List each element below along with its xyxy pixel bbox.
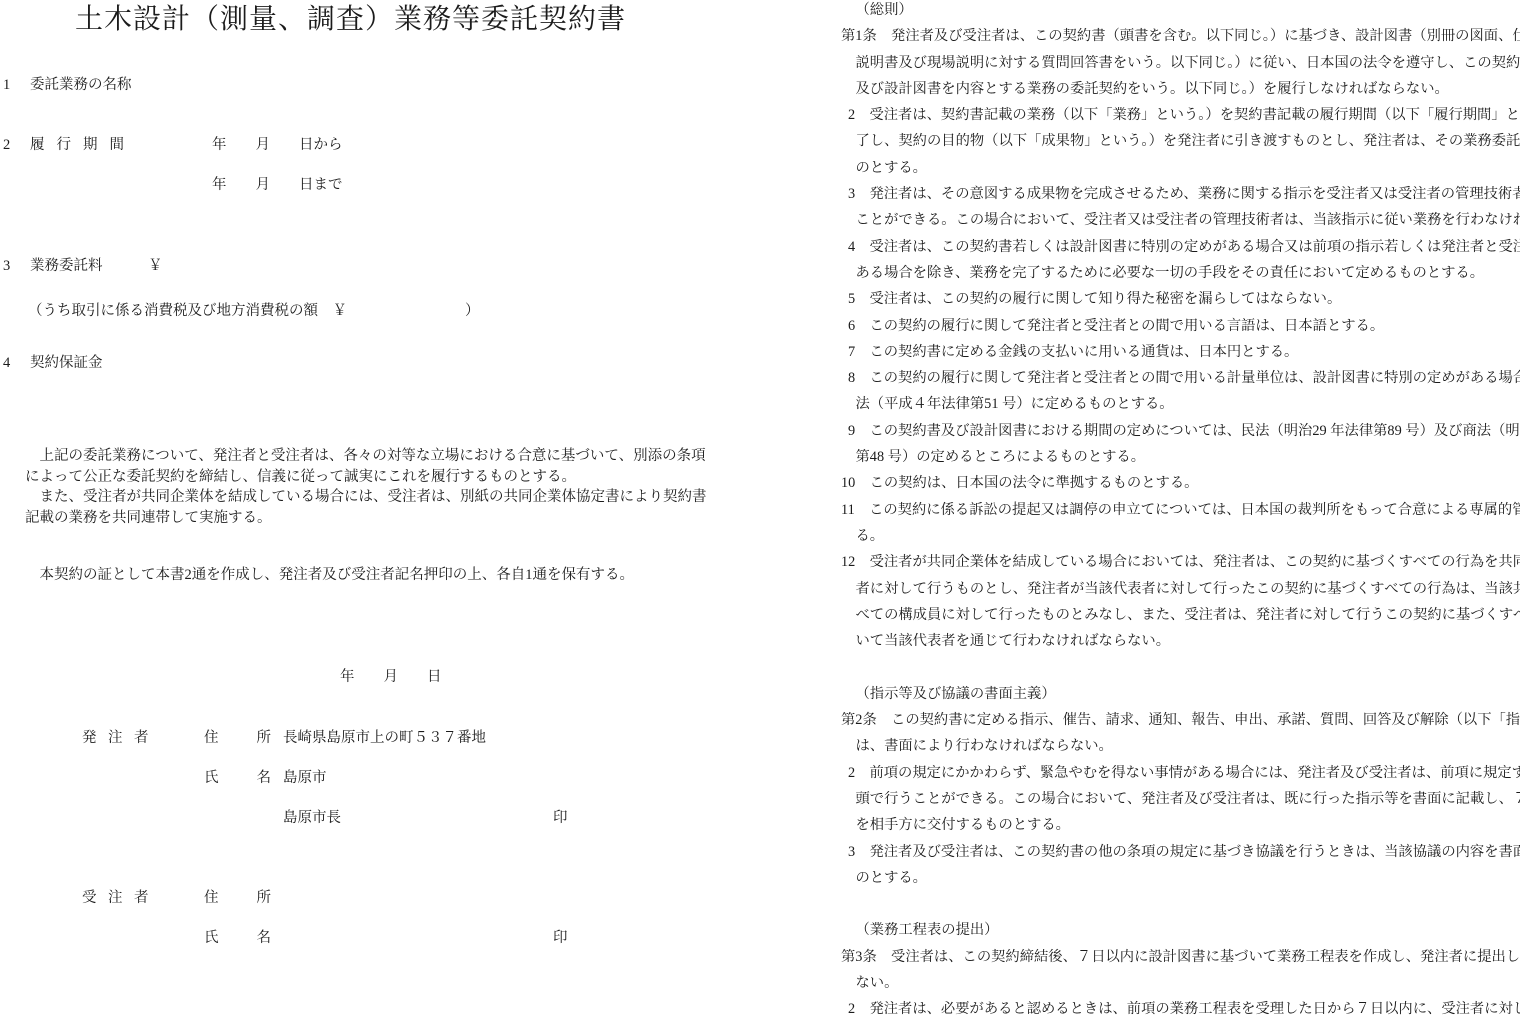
fee-yen-sign: ￥ (148, 257, 163, 275)
article-line: ことができる。この場合において、受注者又は受注者の管理技術者は、当該指示に従い業… (841, 207, 1520, 233)
orderer-title: 島原市長 (283, 809, 341, 827)
article-line: 者に対して行うものとし、発注者が当該代表者に対して行ったこの契約に基づくすべての… (841, 576, 1520, 602)
article-line: （業務工程表の提出） (841, 917, 1520, 943)
article-line: （指示等及び協議の書面主義） (841, 681, 1520, 707)
article-line: ない。 (841, 970, 1520, 996)
period-from-blank: 年 月 日から (212, 136, 343, 154)
article-line: のとする。 (841, 155, 1520, 181)
article-line: 7 この契約書に定める金銭の支払いに用いる通貨は、日本円とする。 (841, 339, 1520, 365)
article-line (841, 654, 1520, 680)
preamble: 上記の委託業務について、発注者と受注者は、各々の対等な立場における合意に基づいて… (25, 446, 720, 529)
article-line: 第1条 発注者及び受注者は、この契約書（頭書を含む。以下同じ。）に基づき、設計図… (841, 23, 1520, 49)
item3-label: 業務委託料 (30, 257, 103, 275)
tax-note: （うち取引に係る消費税及び地方消費税の額 ￥ (28, 302, 347, 320)
article-line: 12 受注者が共同企業体を結成している場合においては、発注者は、この契約に基づく… (841, 549, 1520, 575)
page-title: 土木設計（測量、調査）業務等委託契約書 (75, 3, 626, 37)
article-line: 5 受注者は、この契約の履行に関して知り得た秘密を漏らしてはならない。 (841, 286, 1520, 312)
item2-number: 2 (3, 136, 10, 154)
article-line (841, 891, 1520, 917)
article-line: 及び設計図書を内容とする業務の委託契約をいう。以下同じ。）を履行しなければならな… (841, 76, 1520, 102)
article-line: を相手方に交付するものとする。 (841, 812, 1520, 838)
article-line: 9 この契約書及び設計図書における期間の定めについては、民法（明治29 年法律第… (841, 418, 1520, 444)
article-line: べての構成員に対して行ったものとみなし、また、受注者は、発注者に対して行うこの契… (841, 602, 1520, 628)
article-line: 2 前項の規定にかかわらず、緊急やむを得ない事情がある場合には、発注者及び受注者… (841, 760, 1520, 786)
preamble-line: 記載の業務を共同連帯して実施する。 (25, 508, 720, 529)
article-line: 第3条 受注者は、この契約締結後、７日以内に設計図書に基づいて業務工程表を作成し… (841, 944, 1520, 970)
orderer-role-label: 発注者 (82, 729, 160, 747)
preamble-line: また、受注者が共同企業体を結成している場合には、受注者は、別紙の共同企業体協定書… (25, 487, 720, 508)
item1-label: 委託業務の名称 (30, 76, 132, 94)
article-line: 説明書及び現場説明に対する質問回答書をいう。以下同じ。）に従い、日本国の法令を遵… (841, 50, 1520, 76)
article-line: のとする。 (841, 865, 1520, 891)
preamble-line: によって公正な委託契約を締結し、信義に従って誠実にこれを履行するものとする。 (25, 467, 720, 488)
article-line: 3 発注者及び受注者は、この契約書の他の条項の規定に基づき協議を行うときは、当該… (841, 839, 1520, 865)
articles-column: （総則）第1条 発注者及び受注者は、この契約書（頭書を含む。以下同じ。）に基づき… (841, 0, 1520, 1019)
article-line: 2 発注者は、必要があると認めるときは、前項の業務工程表を受理した日から７日以内… (841, 996, 1520, 1019)
contract-document: 土木設計（測量、調査）業務等委託契約書 1 委託業務の名称 2 履行期間 年 月… (0, 0, 1520, 1019)
article-line: （総則） (841, 0, 1520, 23)
orderer-address: 長崎県島原市上の町５３７番地 (283, 729, 486, 747)
article-line: る。 (841, 523, 1520, 549)
article-line: 10 この契約は、日本国の法令に準拠するものとする。 (841, 470, 1520, 496)
contractor-seal-mark: 印 (553, 929, 568, 947)
article-line: 第2条 この契約書に定める指示、催告、請求、通知、報告、申出、承諾、質問、回答及… (841, 707, 1520, 733)
article-line: 第48 号）の定めるところによるものとする。 (841, 444, 1520, 470)
article-line: 了し、契約の目的物（以下「成果物」という。）を発注者に引き渡すものとし、発注者は… (841, 128, 1520, 154)
item1-number: 1 (3, 76, 10, 94)
article-line: 4 受注者は、この契約書若しくは設計図書に特別の定めがある場合又は前項の指示若し… (841, 234, 1520, 260)
witness-clause: 本契約の証として本書2通を作成し、発注者及び受注者記名押印の上、各自1通を保有す… (25, 566, 634, 584)
article-line: は、書面により行わなければならない。 (841, 733, 1520, 759)
orderer-name: 島原市 (283, 769, 327, 787)
article-line: 3 発注者は、その意図する成果物を完成させるため、業務に関する指示を受注者又は受… (841, 181, 1520, 207)
item4-label: 契約保証金 (30, 354, 103, 372)
preamble-line: 上記の委託業務について、発注者と受注者は、各々の対等な立場における合意に基づいて… (25, 446, 720, 467)
article-line: 頭で行うことができる。この場合において、発注者及び受注者は、既に行った指示等を書… (841, 786, 1520, 812)
item4-number: 4 (3, 354, 10, 372)
orderer-seal-mark: 印 (553, 809, 568, 827)
article-line: 11 この契約に係る訴訟の提起又は調停の申立てについては、日本国の裁判所をもって… (841, 497, 1520, 523)
item2-label: 履行期間 (30, 136, 136, 154)
contractor-name-label: 氏名 (204, 929, 309, 947)
contractor-role-label: 受注者 (82, 889, 160, 907)
period-to-blank: 年 月 日まで (212, 176, 343, 194)
contractor-address-label: 住所 (204, 889, 309, 907)
signature-date-blank: 年 月 日 (340, 668, 442, 686)
article-line: 法（平成４年法律第51 号）に定めるものとする。 (841, 391, 1520, 417)
article-line: 8 この契約の履行に関して発注者と受注者との間で用いる計量単位は、設計図書に特別… (841, 365, 1520, 391)
article-line: 6 この契約の履行に関して発注者と受注者との間で用いる言語は、日本語とする。 (841, 313, 1520, 339)
item3-number: 3 (3, 257, 10, 275)
article-line: いて当該代表者を通じて行わなければならない。 (841, 628, 1520, 654)
tax-note-close-paren: ） (465, 302, 480, 320)
article-line: ある場合を除き、業務を完了するために必要な一切の手段をその責任において定めるもの… (841, 260, 1520, 286)
article-line: 2 受注者は、契約書記載の業務（以下「業務」という。）を契約書記載の履行期間（以… (841, 102, 1520, 128)
